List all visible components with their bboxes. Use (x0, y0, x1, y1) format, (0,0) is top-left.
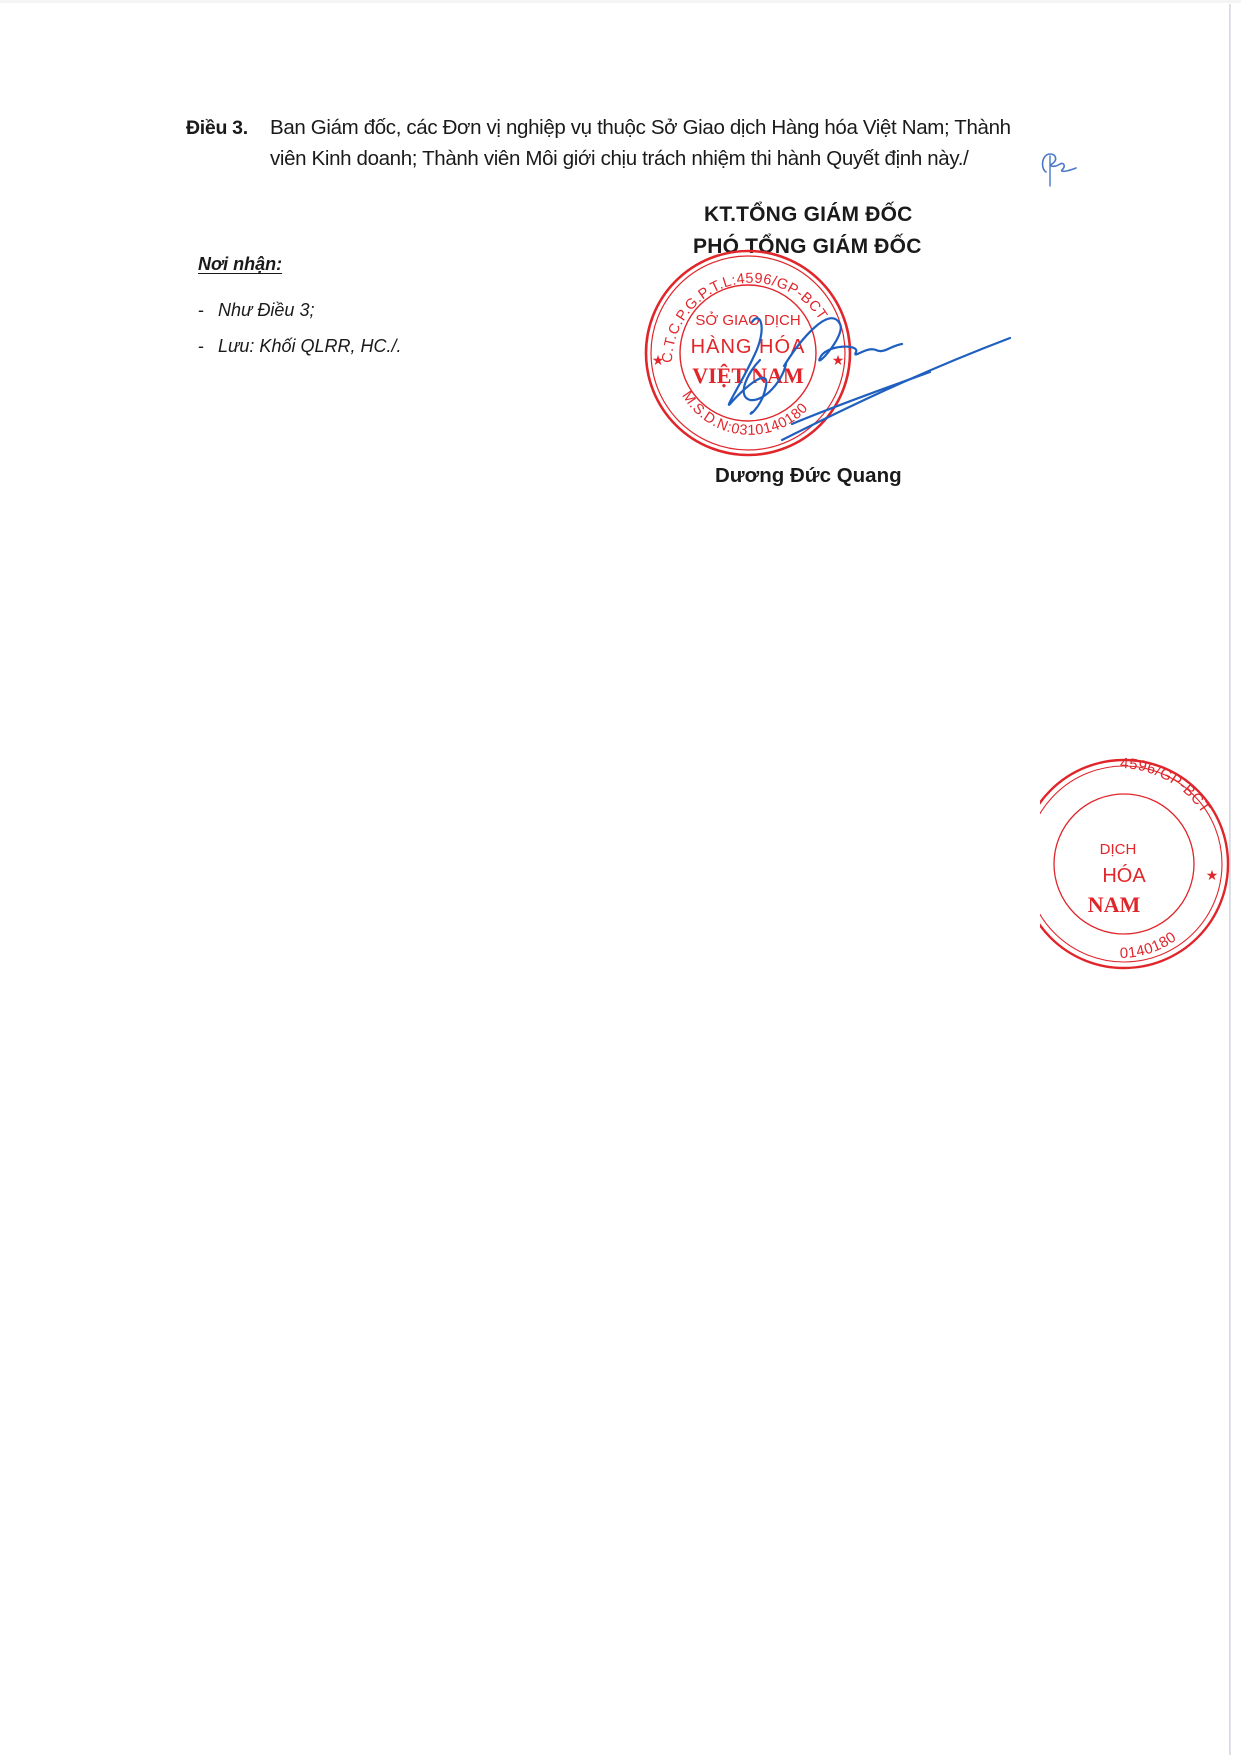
article-text-line-2: viên Kinh doanh; Thành viên Môi giới chị… (270, 144, 968, 174)
bullet-dash: - (198, 299, 218, 321)
bullet-dash: - (198, 335, 218, 357)
initial-signature-icon (1036, 146, 1086, 190)
signer-name: Dương Đức Quang (715, 464, 902, 488)
signature-title-line-1: KT.TỔNG GIÁM ĐỐC (704, 203, 913, 227)
edge-seal-star: ★ (1206, 867, 1219, 883)
recipient-item: - Lưu: Khối QLRR, HC./. (198, 335, 401, 357)
edge-seal-line-2: HÓA (1102, 864, 1146, 887)
recipients-title: Nơi nhận: (198, 254, 401, 275)
handwritten-signature-icon (690, 300, 1020, 460)
recipient-item: - Như Điều 3; (198, 299, 401, 321)
scan-top-edge (0, 0, 1241, 3)
recipients-block: Nơi nhận: - Như Điều 3; - Lưu: Khối QLRR… (198, 254, 401, 371)
seal-star-left: ★ (652, 352, 665, 368)
svg-text:4596/GP-BCT: 4596/GP-BCT (1120, 755, 1214, 817)
edge-seal-line-3: NAM (1088, 892, 1141, 917)
edge-seal-top-text: 4596/GP-BCT (1120, 755, 1214, 817)
edge-seal-icon: 4596/GP-BCT 0140180 DỊCH HÓA NAM ★ (1040, 750, 1240, 980)
recipient-text: Như Điều 3; (218, 299, 314, 321)
recipient-text: Lưu: Khối QLRR, HC./. (218, 335, 401, 357)
article-text-line-1: Ban Giám đốc, các Đơn vị nghiệp vụ thuộc… (270, 113, 1011, 143)
edge-seal-line-1: DỊCH (1100, 841, 1137, 858)
article-label: Điều 3. (186, 113, 248, 143)
